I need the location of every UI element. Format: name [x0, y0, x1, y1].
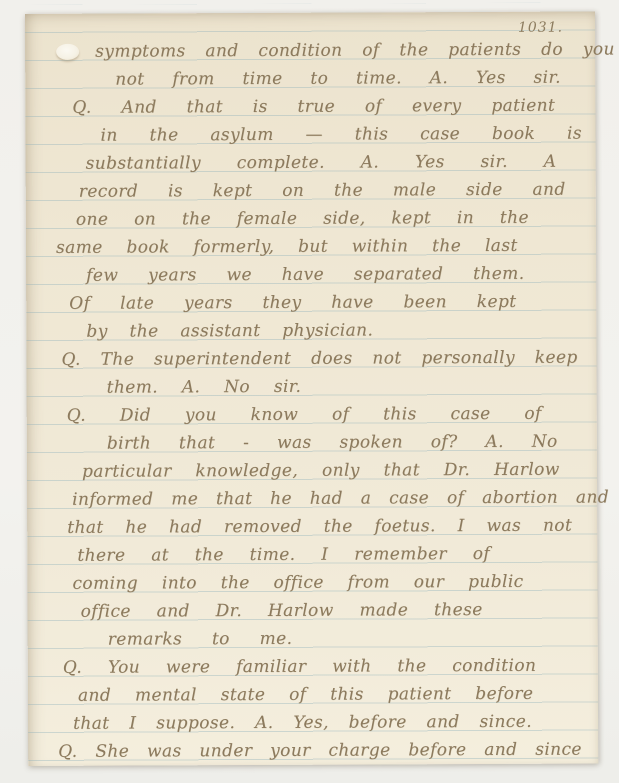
handwritten-line: Q. She was under your charge before and …: [58, 736, 598, 766]
handwritten-line: them. A. No sir.: [107, 372, 597, 402]
handwritten-line: Q. Did you know of this case of: [67, 400, 597, 430]
handwritten-line: by the assistant physician.: [86, 316, 596, 346]
page-number: 1031.: [518, 20, 563, 36]
handwritten-line: coming into the office from our public: [72, 568, 597, 598]
handwritten-line: informed me that he had a case of aborti…: [72, 484, 597, 514]
handwritten-line: and mental state of this patient before: [78, 680, 598, 710]
handwritten-line: particular knowledge, only that Dr. Harl…: [82, 456, 597, 486]
manuscript-page: 1031. symptoms and condition of the pati…: [25, 12, 598, 766]
handwritten-line: remarks to me.: [108, 624, 598, 654]
handwritten-line: there at the time. I remember of: [77, 540, 597, 570]
handwritten-line: Q. You were familiar with the condition: [63, 652, 598, 682]
handwritten-line: symptoms and condition of the patients d…: [95, 36, 595, 66]
handwritten-line: Q. The superintendent does not personall…: [61, 344, 596, 374]
scan-background: 1031. symptoms and condition of the pati…: [0, 0, 619, 783]
handwritten-line: office and Dr. Harlow made these: [81, 596, 598, 626]
handwritten-line: in the asylum — this case book is: [100, 120, 595, 150]
handwritten-line: birth that - was spoken of? A. No: [107, 428, 597, 458]
handwritten-line: few years we have separated them.: [86, 260, 596, 290]
handwritten-text: symptoms and condition of the patients d…: [25, 36, 598, 766]
handwritten-line: one on the female side, kept in the: [76, 204, 596, 234]
handwritten-line: record is kept on the male side and: [79, 176, 596, 206]
handwritten-line: substantially complete. A. Yes sir. A: [86, 148, 596, 178]
handwritten-line: Q. And that is true of every patient: [72, 92, 595, 122]
handwritten-line: same book formerly, but within the last: [56, 232, 596, 262]
handwritten-line: that I suppose. A. Yes, before and since…: [73, 708, 598, 738]
handwritten-line: not from time to time. A. Yes sir.: [115, 64, 595, 94]
handwritten-line: that he had removed the foetus. I was no…: [67, 512, 597, 542]
handwritten-line: Of late years they have been kept: [69, 288, 596, 318]
